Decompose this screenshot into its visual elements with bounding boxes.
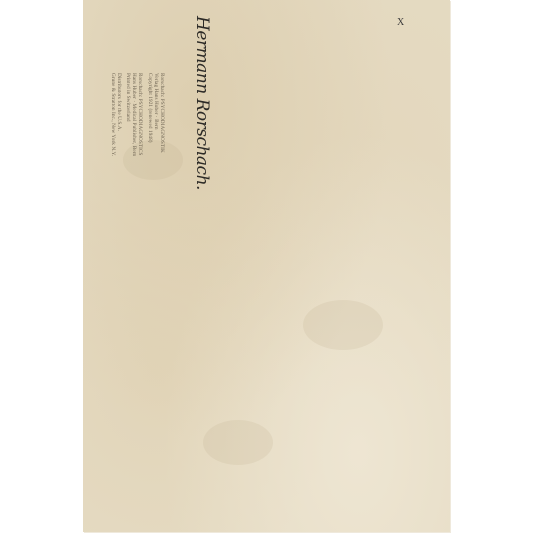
card-number-mark: X (397, 17, 404, 28)
imprint-line: Hans Huber · Medical Publisher, Bern (130, 73, 136, 208)
imprint-line: Rorschach: PSYCHODIAGNOSTICS (136, 73, 142, 208)
paper-stain (303, 300, 383, 350)
signature: Hermann Rorschach. (192, 16, 212, 190)
imprint-line: Grune & Stratton Inc., New York N.Y. (109, 73, 115, 208)
publisher-imprint: Rorschach: PSYCHODIAGNOSTIK Verlag Hans … (109, 73, 164, 208)
imprint-line: Copyright 1921 (renewed 1948) (146, 73, 152, 208)
paper-stain (203, 420, 273, 465)
